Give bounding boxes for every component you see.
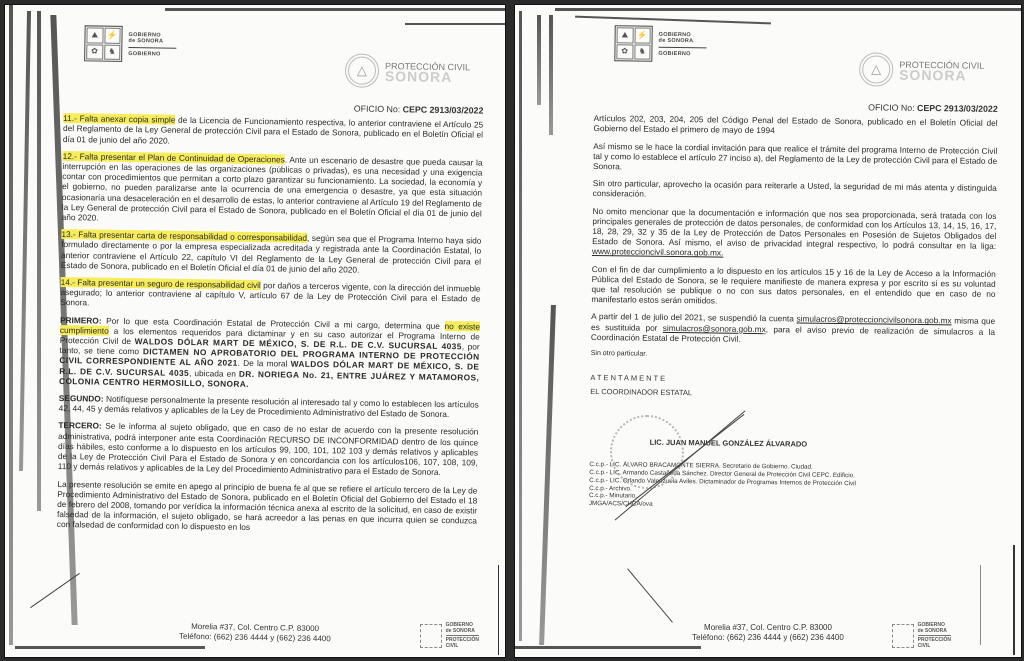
proteccion-civil-triangle-icon: △	[345, 53, 380, 88]
resolution-segundo: SEGUNDO: Notifíquese personalmente la pr…	[59, 393, 479, 420]
item-12: 12.- Falta presentar el Plan de Continui…	[62, 151, 483, 229]
paragraph-datos-personales: No omito mencionar que la documentación …	[592, 206, 997, 262]
item-14: 14.- Falta presentar un seguro de respon…	[60, 277, 480, 314]
scan-streak	[19, 11, 31, 471]
proteccion-civil-logo: △ PROTECCIÓN CIVIL SONORA	[859, 52, 984, 88]
page-2-content: ⛰⚡✿♞ GOBIERNO de SONORA GOBIERNO △ PROTE…	[587, 5, 999, 658]
scan-streak	[549, 15, 553, 135]
scan-edge	[498, 565, 499, 655]
resolution-primero: PRIMERO: Por lo que esta Coordinación Es…	[59, 315, 480, 393]
scan-edge	[1013, 545, 1015, 655]
footer-stamp: GOBIERNO de SONORA PROTECCIÓN CIVIL	[892, 622, 951, 649]
official-seal-stamp	[610, 415, 684, 489]
scan-streak	[537, 15, 541, 105]
sonora-coat-of-arms-icon: ⛰⚡✿♞	[84, 25, 123, 62]
paragraph-codigo-penal: Artículos 202, 203, 204, 205 del Código …	[593, 113, 997, 138]
scan-streak	[539, 305, 556, 645]
coat-of-arms-icon	[420, 624, 442, 648]
resolution-tercero: TERCERO: Se le informa al sujeto obligad…	[58, 420, 479, 478]
paragraph-invitacion: Así mismo se le hace la cordial invitaci…	[593, 141, 997, 177]
signer-name: LIC. JUAN MANUEL GONZÁLEZ ÁLVARADO	[650, 436, 994, 454]
letterhead: ⛰⚡✿♞ GOBIERNO de SONORA GOBIERNO △ PROTE…	[594, 5, 999, 90]
gov-logo-text: GOBIERNO de SONORA GOBIERNO	[128, 32, 176, 58]
document-page-2: ⛰⚡✿♞ GOBIERNO de SONORA GOBIERNO △ PROTE…	[514, 4, 1022, 658]
privacy-link[interactable]: www.proteccioncivil.sonora.gob.mx.	[592, 246, 724, 258]
gov-logo-text: GOBIERNO de SONORA GOBIERNO	[658, 32, 706, 58]
scan-streak	[37, 11, 41, 511]
paragraph-sin-otro: Sin otro particular.	[591, 349, 995, 364]
letterhead: ⛰⚡✿♞ GOBIERNO de SONORA GOBIERNO △ PROTE…	[64, 5, 485, 92]
sonora-coat-of-arms-icon: ⛰⚡✿♞	[614, 25, 652, 61]
page-1-content: ⛰⚡✿♞ GOBIERNO de SONORA GOBIERNO △ PROTE…	[55, 5, 485, 658]
paragraph-consideracion: Sin otro particular, aprovecho la ocasió…	[593, 178, 997, 203]
coat-of-arms-icon	[892, 624, 914, 648]
scan-streak	[9, 5, 13, 645]
scan-edge	[980, 565, 981, 645]
paragraph-acceso-informacion: Con el fin de dar cumplimiento a lo disp…	[591, 264, 995, 310]
scan-streak	[519, 11, 522, 641]
proteccion-civil-logo: △ PROTECCIÓN CIVIL SONORA	[345, 53, 471, 89]
document-page-1: ⛰⚡✿♞ GOBIERNO de SONORA GOBIERNO △ PROTE…	[4, 4, 506, 658]
oficio-number: OFICIO No: CEPC 2913/03/2022	[594, 99, 998, 114]
item-13: 13.- Falta presentar carta de responsabi…	[61, 229, 482, 276]
paragraph-simulacros: A partir del 1 de julio del 2021, se sus…	[591, 311, 995, 347]
closing-paragraph: La presente resolución se emite en apego…	[57, 478, 478, 536]
item-11: 11.- Falta anexar copia simple de la Lic…	[63, 113, 483, 150]
footer-stamp: GOBIERNO de SONORA PROTECCIÓN CIVIL	[420, 622, 479, 649]
proteccion-civil-triangle-icon: △	[859, 52, 893, 86]
